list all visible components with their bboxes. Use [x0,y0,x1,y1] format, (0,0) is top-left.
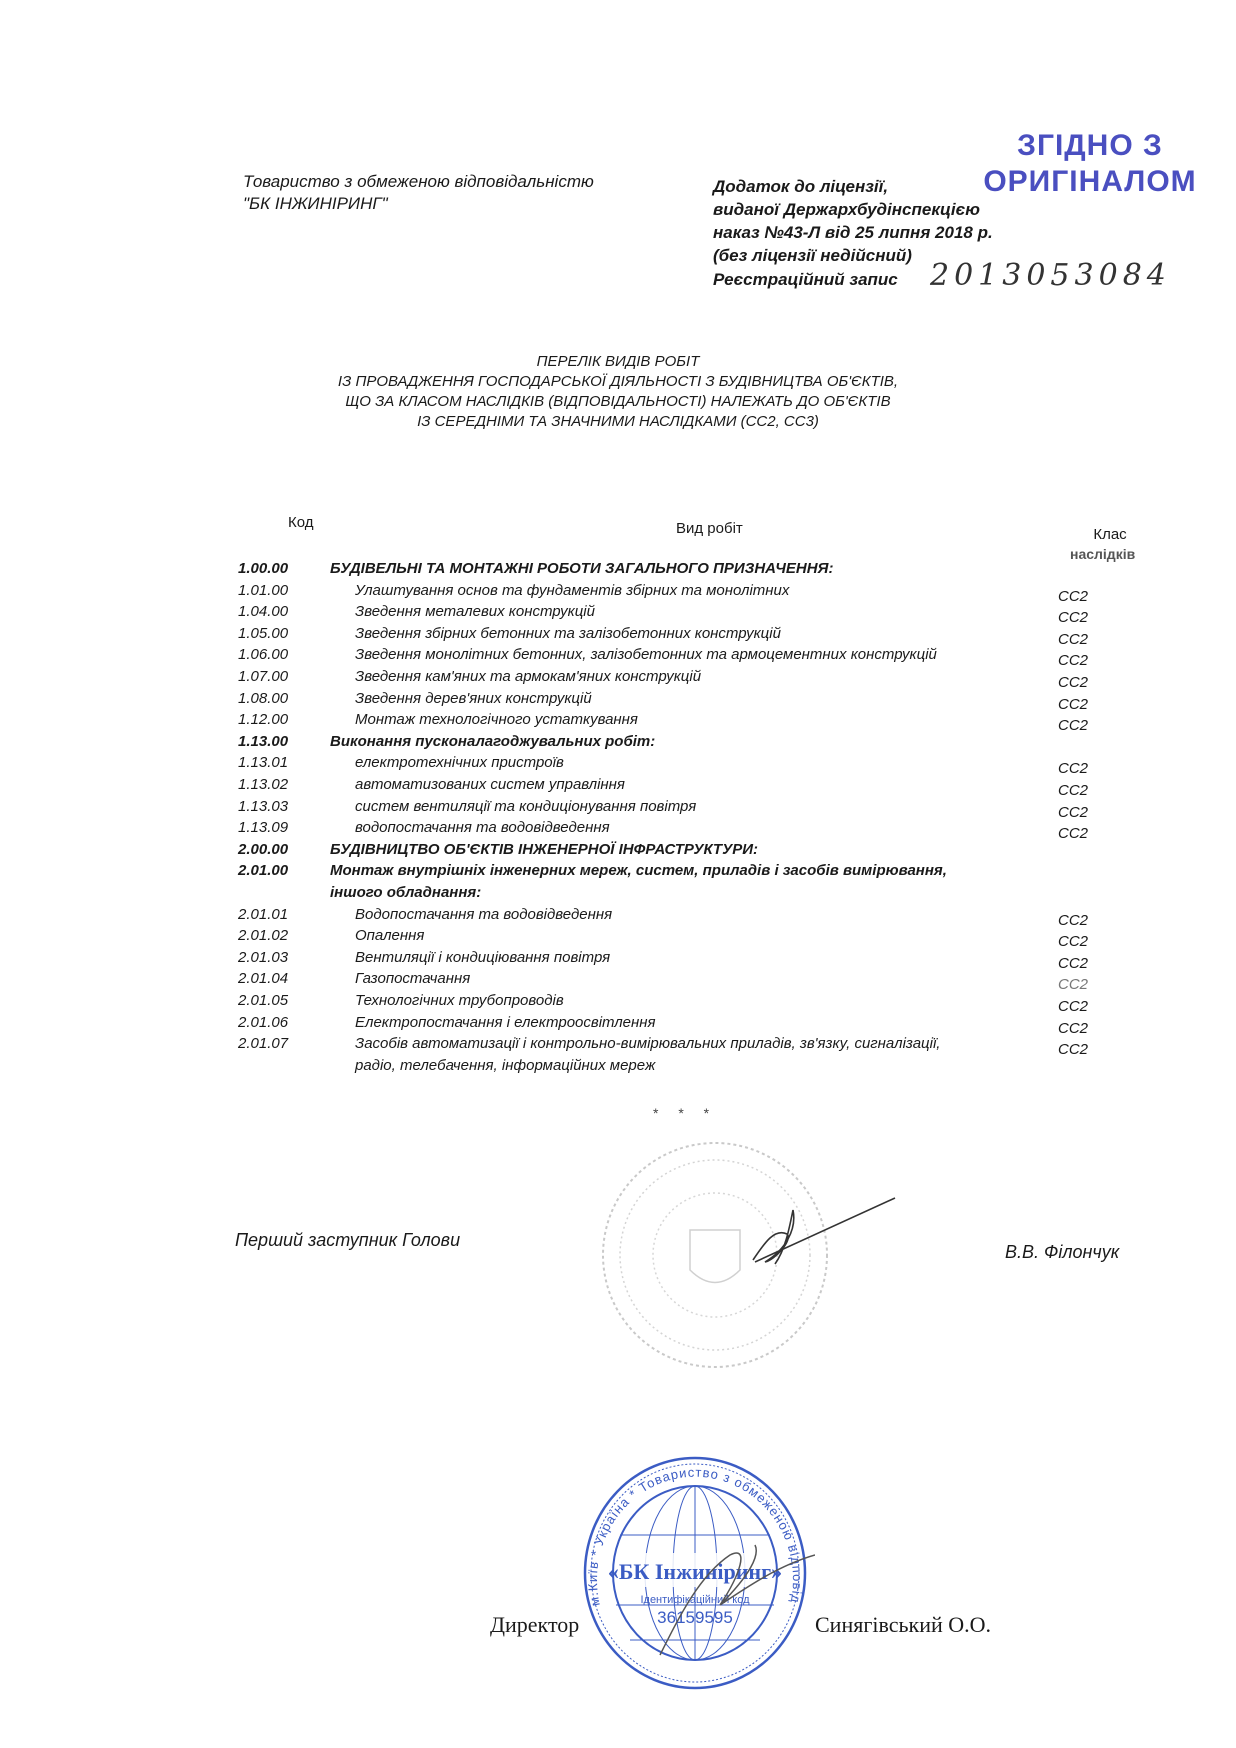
row-work-name: Зведення металевих конструкцій [355,603,595,620]
table-row: 2.01.07Засобів автоматизації і контрольн… [0,1035,1236,1057]
company-seal: «БК Інжиніринг» Ідентифікаційний код 361… [580,1455,815,1695]
title-line-4: ІЗ СЕРЕДНІМИ ТА ЗНАЧНИМИ НАСЛІДКАМИ (СС2… [0,412,1236,432]
row-work-name: БУДІВЕЛЬНІ ТА МОНТАЖНІ РОБОТИ ЗАГАЛЬНОГО… [330,560,833,577]
row-class: СС2 [1058,933,1088,950]
row-code: 1.06.00 [238,646,288,663]
row-work-name: Улаштування основ та фундаментів збірних… [355,582,789,599]
row-work-name: Зведення дерев'яних конструкцій [355,690,592,707]
row-class: СС2 [1058,760,1088,777]
row-code: 2.01.02 [238,927,288,944]
table-row: 1.04.00Зведення металевих конструкційСС2 [0,603,1236,625]
row-work-name: Виконання пусконалагоджувальних робіт: [330,733,655,750]
row-code: 2.01.01 [238,906,288,923]
row-code: 2.01.06 [238,1014,288,1031]
seal-id-code: 36159595 [657,1608,733,1627]
row-code: 1.13.00 [238,733,288,750]
table-row: 2.01.02ОпаленняСС2 [0,927,1236,949]
row-code: 1.13.03 [238,798,288,815]
row-code: 2.01.05 [238,992,288,1009]
separator-stars: * * * [653,1105,717,1121]
column-header-work: Вид робіт [676,520,743,537]
row-work-name-continued: радіо, телебачення, інформаційних мереж [355,1057,655,1074]
copy-stamp-line2: ОРИГІНАЛОМ [975,164,1205,200]
table-row: 1.13.03систем вентиляції та кондиціонува… [0,798,1236,820]
table-row: 2.01.03Вентиляції і кондиціювання повітр… [0,949,1236,971]
company-name-line2: "БК ІНЖИНІРИНГ" [243,193,388,215]
column-header-class-1: Клас [1090,526,1130,543]
row-code: 1.08.00 [238,690,288,707]
table-row: 1.12.00Монтаж технологічного устаткуванн… [0,711,1236,733]
table-row: 1.08.00Зведення дерев'яних конструкційСС… [0,690,1236,712]
row-code: 2.01.03 [238,949,288,966]
appendix-line-1: Додаток до ліцензії, [713,175,888,198]
row-work-name: електротехнічних пристроїв [355,754,564,771]
row-code: 1.01.00 [238,582,288,599]
row-code: 2.00.00 [238,841,288,858]
official-name: В.В. Філончук [1005,1242,1119,1263]
title-line-2: ІЗ ПРОВАДЖЕННЯ ГОСПОДАРСЬКОЇ ДІЯЛЬНОСТІ … [0,372,1236,392]
table-row: 1.05.00Зведення збірних бетонних та залі… [0,625,1236,647]
appendix-line-3: наказ №43-Л від 25 липня 2018 р. [713,221,993,244]
row-class: СС2 [1058,674,1088,691]
row-class: СС2 [1058,652,1088,669]
row-class: СС2 [1058,717,1088,734]
row-class: СС2 [1058,825,1088,842]
row-code: 2.01.00 [238,862,288,879]
row-work-name: систем вентиляції та кондиціонування пов… [355,798,696,815]
table-row: 2.00.00БУДІВНИЦТВО ОБ'ЄКТІВ ІНЖЕНЕРНОЇ І… [0,841,1236,863]
registry-label: Реєстраційний запис [713,268,898,291]
column-header-code: Код [288,514,314,531]
row-code: 1.05.00 [238,625,288,642]
row-work-name: Технологічних трубопроводів [355,992,564,1009]
row-work-name: водопостачання та водовідведення [355,819,610,836]
row-work-name: Засобів автоматизації і контрольно-вимір… [355,1035,940,1052]
table-row: 2.01.01Водопостачання та водовідведенняС… [0,906,1236,928]
row-code: 1.12.00 [238,711,288,728]
row-class: СС2 [1058,1020,1088,1037]
row-class: СС2 [1058,609,1088,626]
table-row: 2.01.06Електропостачання і електроосвітл… [0,1014,1236,1036]
title-line-3: ЩО ЗА КЛАСОМ НАСЛІДКІВ (ВІДПОВІДАЛЬНОСТІ… [0,392,1236,412]
company-name-line1: Товариство з обмеженою відповідальністю [243,171,594,193]
table-row: 2.01.00Монтаж внутрішніх інженерних мере… [0,862,1236,884]
row-class: СС2 [1058,804,1088,821]
row-work-name: Вентиляції і кондиціювання повітря [355,949,610,966]
row-work-name: БУДІВНИЦТВО ОБ'ЄКТІВ ІНЖЕНЕРНОЇ ІНФРАСТР… [330,841,758,858]
table-row: 1.07.00Зведення кам'яних та армокам'яних… [0,668,1236,690]
row-code: 1.07.00 [238,668,288,685]
row-code: 2.01.04 [238,970,288,987]
copy-stamp-line1: ЗГІДНО З [975,128,1205,164]
table-row: 1.13.09водопостачання та водовідведенняС… [0,819,1236,841]
row-work-name: Зведення кам'яних та армокам'яних констр… [355,668,701,685]
row-class: СС2 [1058,782,1088,799]
row-work-name: Зведення монолітних бетонних, залізобето… [355,646,937,663]
appendix-line-2: виданої Держархбудінспекцією [713,198,980,221]
row-code: 1.04.00 [238,603,288,620]
appendix-line-4: (без ліцензії недійсний) [713,244,912,267]
director-title: Директор [490,1612,579,1638]
document-title: ПЕРЕЛІК ВИДІВ РОБІТ ІЗ ПРОВАДЖЕННЯ ГОСПО… [0,352,1236,432]
row-class: СС2 [1058,998,1088,1015]
seal-company-name: «БК Інжиніринг» [608,1559,782,1584]
row-class: СС2 [1058,955,1088,972]
row-code: 1.13.09 [238,819,288,836]
row-work-name: Монтаж технологічного устаткування [355,711,638,728]
row-work-name-continued: іншого обладнання: [330,884,481,901]
row-code: 1.00.00 [238,560,288,577]
director-name: Синягівський О.О. [815,1612,991,1638]
row-class: СС2 [1058,912,1088,929]
registry-number: 2013053084 [930,258,1171,293]
row-code: 1.13.02 [238,776,288,793]
title-line-1: ПЕРЕЛІК ВИДІВ РОБІТ [0,352,1236,372]
row-class: СС2 [1058,631,1088,648]
official-title: Перший заступник Голови [235,1230,460,1251]
row-work-name: автоматизованих систем управління [355,776,625,793]
row-work-name: Опалення [355,927,424,944]
official-signature [735,1190,905,1280]
table-row: 1.00.00БУДІВЕЛЬНІ ТА МОНТАЖНІ РОБОТИ ЗАГ… [0,560,1236,582]
table-row: 1.13.02автоматизованих систем управління… [0,776,1236,798]
table-row: 1.01.00Улаштування основ та фундаментів … [0,582,1236,604]
row-code: 1.13.01 [238,754,288,771]
table-row: 1.13.00Виконання пусконалагоджувальних р… [0,733,1236,755]
row-class: СС2 [1058,976,1088,993]
row-work-name: Газопостачання [355,970,470,987]
row-code: 2.01.07 [238,1035,288,1052]
copy-stamp: ЗГІДНО З ОРИГІНАЛОМ [975,128,1205,200]
row-work-name: Зведення збірних бетонних та залізобетон… [355,625,781,642]
table-row: 2.01.04ГазопостачанняСС2 [0,970,1236,992]
row-class: СС2 [1058,1041,1088,1058]
row-class: СС2 [1058,696,1088,713]
row-work-name: Електропостачання і електроосвітлення [355,1014,656,1031]
table-row: 2.01.05Технологічних трубопроводівСС2 [0,992,1236,1014]
table-row: 1.13.01електротехнічних пристроївСС2 [0,754,1236,776]
row-work-name: Водопостачання та водовідведення [355,906,612,923]
row-work-name: Монтаж внутрішніх інженерних мереж, сист… [330,862,947,879]
table-row: 1.06.00Зведення монолітних бетонних, зал… [0,646,1236,668]
row-class: СС2 [1058,588,1088,605]
